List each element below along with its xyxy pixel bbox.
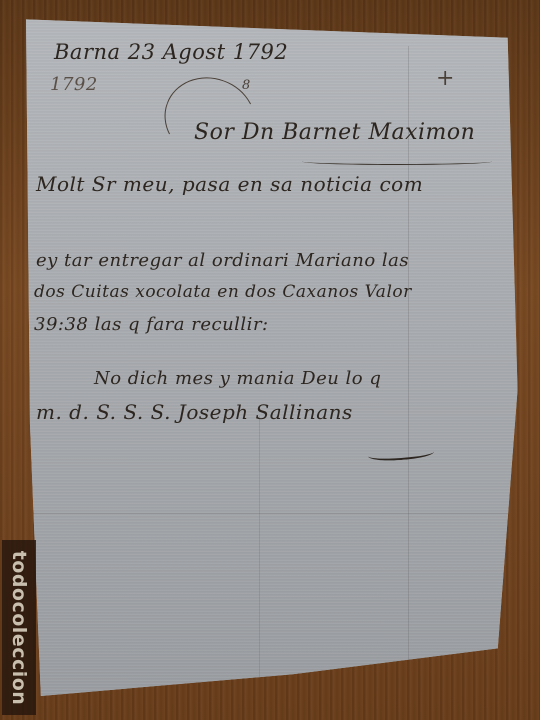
watermark: todocoleccion: [2, 540, 36, 715]
closing-line: No dich mes y mania Deu lo q: [94, 368, 381, 389]
signature-line: m. d. S. S. S. Joseph Sallinans: [36, 400, 353, 424]
margin-year-note: 1792: [50, 74, 98, 95]
body-line-4: 39:38 las q fara recullir:: [34, 314, 269, 335]
fold-line-vertical-lower: [259, 416, 260, 706]
letter-paper: Barna 23 Agost 1792 1792 8 + Sor Dn Barn…: [26, 16, 520, 696]
signature-flourish: [368, 446, 435, 463]
addressee-line: Sor Dn Barnet Maximon: [194, 120, 475, 145]
fold-line-horizontal: [26, 513, 520, 514]
place-date-heading: Barna 23 Agost 1792: [54, 40, 288, 64]
watermark-text: todocoleccion: [8, 550, 30, 705]
corner-cross-mark: +: [436, 66, 455, 91]
body-line-2: ey tar entregar al ordinari Mariano las: [36, 250, 409, 271]
body-line-3: dos Cuitas xocolata en dos Caxanos Valor: [34, 282, 412, 302]
superscript-note: 8: [242, 78, 251, 93]
addressee-underline: [302, 158, 492, 165]
body-line-1: Molt Sr meu, pasa en sa noticia com: [36, 172, 423, 196]
